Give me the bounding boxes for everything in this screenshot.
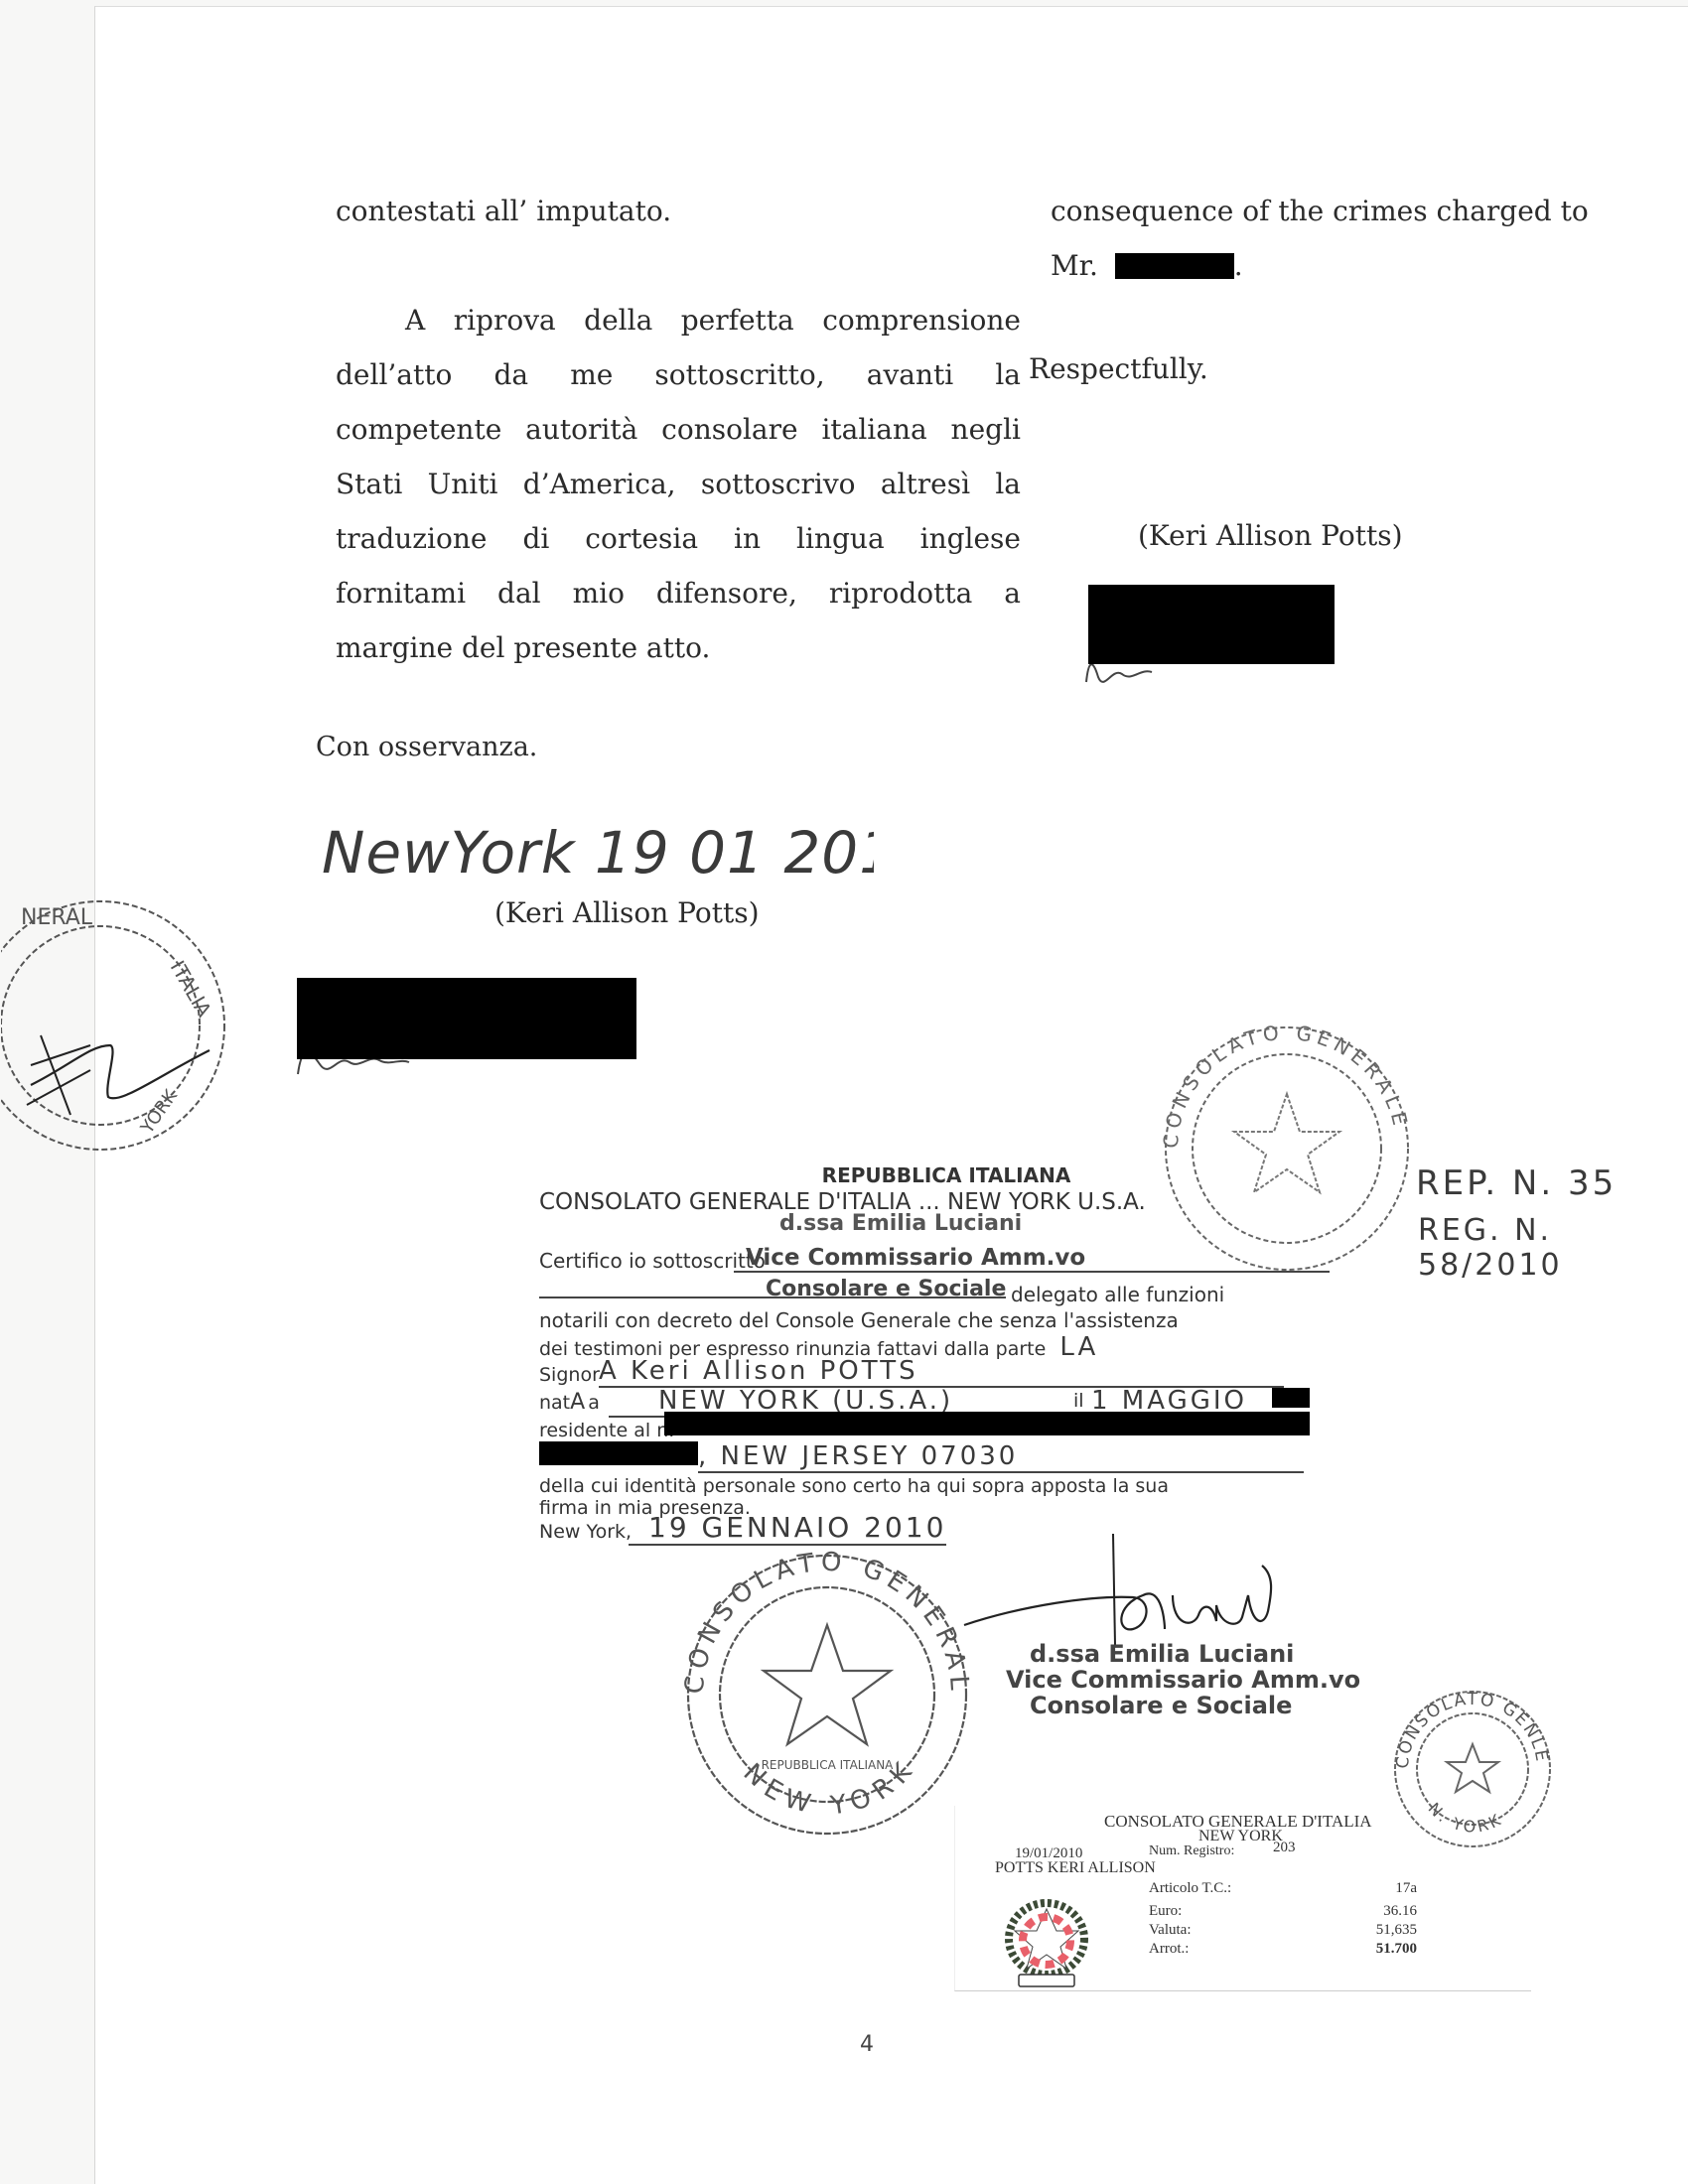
signature-block: d.ssa Emilia Luciani Vice Commissario Am… — [1006, 1641, 1360, 1718]
place-label: New York, — [539, 1521, 632, 1543]
english-column: consequence of the crimes charged to Mr.… — [1051, 184, 1662, 293]
handwriting-newyork-icon: NewYork 19 01 2010 — [318, 801, 874, 900]
fee-stamp-row: Euro:36.16 — [1149, 1902, 1417, 1921]
redacted-signature — [1088, 585, 1335, 664]
english-signatory: (Keri Allison Potts) — [1138, 519, 1403, 552]
fee-stamp: CONSOLATO GENERALE D'ITALIA NEW YORK 19/… — [954, 1806, 1531, 1991]
fee-stamp-row: Valuta:51,635 — [1149, 1921, 1417, 1940]
fee-row-label: Valuta: — [1149, 1921, 1192, 1940]
page-number: 4 — [860, 2032, 874, 2057]
fee-stamp-row: Arrot.:51.700 — [1149, 1940, 1417, 1959]
signor-value: A Keri Allison POTTS — [599, 1356, 1284, 1388]
certifico-label: Certifico io sottoscritto — [539, 1249, 766, 1273]
partial-consular-seal-icon: NERAL ITALIA YORK — [1, 877, 239, 1174]
italian-line-0: contestati all’ imputato. — [336, 184, 1021, 238]
handwritten-place-date: NewYork 19 01 2010 — [318, 801, 874, 904]
fee-stamp-row: Articolo T.C.:17a — [1149, 1879, 1417, 1898]
redacted-name — [1115, 253, 1234, 279]
fee-row-value: 17a — [1395, 1879, 1417, 1898]
signor-label: Signor — [539, 1364, 600, 1386]
fee-stamp-name: POTTS KERI ALLISON — [995, 1859, 1156, 1877]
residence-value: , NEW JERSEY 07030 — [698, 1441, 1304, 1473]
svg-text:NewYork 19 01 2010: NewYork 19 01 2010 — [322, 819, 874, 887]
cert-line-delegato: Consolare e Sociale delegato alle funzio… — [539, 1279, 1353, 1304]
redacted-birth-year — [1272, 1388, 1310, 1408]
nato-label: nat — [539, 1392, 570, 1414]
fee-row-label: Arrot.: — [1149, 1940, 1189, 1959]
svg-text:NERAL: NERAL — [21, 905, 93, 930]
official-name: d.ssa Emilia Luciani — [1030, 1641, 1360, 1667]
official-signature-icon — [905, 1526, 1282, 1655]
english-closing: Respectfully. — [1029, 352, 1208, 385]
registry-rep: REP. N. 35 — [1416, 1163, 1617, 1203]
cert-header-republic: REPUBBLICA ITALIANA — [718, 1163, 1175, 1187]
fee-stamp-rows: Articolo T.C.:17aEuro:36.16Valuta:51,635… — [1149, 1879, 1417, 1959]
fee-row-value: 36.16 — [1383, 1902, 1417, 1921]
cert-official-title-2: Consolare e Sociale — [766, 1277, 1006, 1301]
cert-official-name: d.ssa Emilia Luciani — [779, 1211, 1022, 1236]
redacted-signature — [297, 978, 636, 1059]
fee-row-label: Euro: — [1149, 1902, 1182, 1921]
redacted-city — [539, 1441, 698, 1465]
fee-stamp-registro-label: Num. Registro: — [1149, 1843, 1234, 1859]
cert-official-title-1: Vice Commissario Amm.vo — [746, 1245, 1085, 1271]
delegato-label: delegato alle funzioni — [1011, 1283, 1224, 1306]
cert-line-notarili: notarili con decreto del Console General… — [539, 1308, 1353, 1332]
consular-seal-icon: CONSOLATO GENERALE D'ITALIA — [1143, 1010, 1431, 1278]
italian-signatory: (Keri Allison Potts) — [494, 896, 760, 929]
redacted-address — [664, 1412, 1310, 1435]
english-line-0: consequence of the crimes charged to — [1051, 184, 1662, 238]
cert-line-residence-2: , NEW JERSEY 07030 — [539, 1445, 1353, 1475]
italian-paragraph: A riprova della perfetta comprensione de… — [336, 293, 1021, 675]
fee-row-value: 51.700 — [1376, 1940, 1417, 1959]
mr-prefix: Mr. — [1051, 249, 1098, 282]
fee-stamp-registro-value: 203 — [1273, 1840, 1296, 1856]
english-line-1: Mr. . — [1051, 238, 1662, 293]
italian-column: contestati all’ imputato. A riprova dell… — [336, 184, 1021, 675]
official-title-1: Vice Commissario Amm.vo — [1006, 1667, 1360, 1693]
a-label: a — [588, 1392, 600, 1414]
il-label: il — [1073, 1390, 1084, 1412]
date-value: 19 GENNAIO 2010 — [629, 1511, 946, 1546]
italian-closing: Con osservanza. — [316, 732, 537, 762]
svg-text:REPUBBLICA ITALIANA: REPUBBLICA ITALIANA — [762, 1758, 895, 1772]
cert-line-identita: della cui identità personale sono certo … — [539, 1475, 1353, 1497]
registry-reg: REG. N. 58/2010 — [1418, 1213, 1688, 1283]
svg-text:YORK: YORK — [136, 1085, 182, 1139]
svg-text:CONSOLATO GENERALE D'ITALIA: CONSOLATO GENERALE D'ITALIA — [1143, 1010, 1415, 1150]
fee-row-label: Articolo T.C.: — [1149, 1879, 1231, 1898]
document-page: contestati all’ imputato. A riprova dell… — [94, 6, 1688, 2184]
official-title-2: Consolare e Sociale — [1030, 1693, 1360, 1718]
residente-label: residente al n. — [539, 1420, 674, 1441]
fee-row-value: 51,635 — [1376, 1921, 1417, 1940]
italian-emblem-icon — [1005, 1897, 1088, 1990]
period: . — [1234, 249, 1243, 282]
nato-suffix: A — [570, 1390, 588, 1415]
